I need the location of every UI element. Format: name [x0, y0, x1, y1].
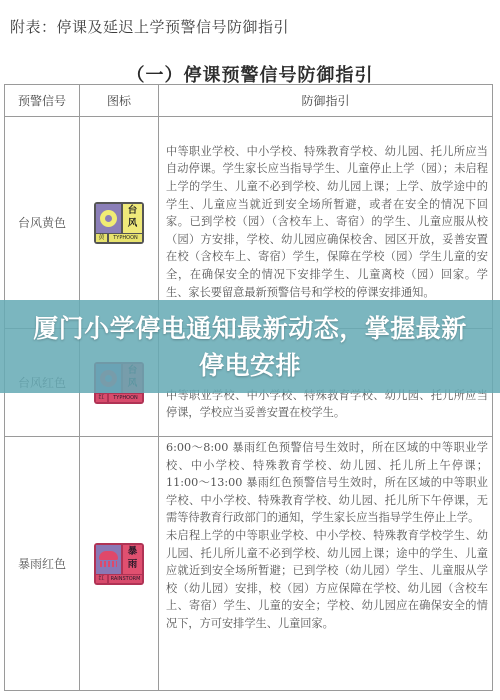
- signal-name: 暴雨红色: [5, 437, 80, 691]
- header-icon: 图标: [80, 85, 159, 117]
- typhoon-yellow-icon: 台风 黄 TYPHOON: [94, 202, 144, 244]
- signal-name: 台风黄色: [5, 117, 80, 329]
- header-guide: 防御指引: [159, 85, 493, 117]
- table-header-row: 预警信号 图标 防御指引: [5, 85, 493, 117]
- table-row: 台风黄色 台风 黄 TYPHOON 中等职业学校、中小学校、特殊教育学校、幼儿园…: [5, 117, 493, 329]
- guide-paragraph: 6:00～8:00 暴雨红色预警信号生效时，所在区域的中等职业学校、中小学校、特…: [166, 439, 488, 527]
- guide-text: 6:00～8:00 暴雨红色预警信号生效时，所在区域的中等职业学校、中小学校、特…: [159, 437, 493, 691]
- document-heading: 附表：停课及延迟上学预警信号防御指引: [10, 16, 289, 37]
- rainstorm-red-icon: 暴雨 红 RAINSTORM: [94, 543, 144, 585]
- guide-text: 中等职业学校、中小学校、特殊教育学校、幼儿园、托儿所应当自动停课。学生家长应当指…: [159, 117, 493, 329]
- table-row: 暴雨红色 暴雨 红 RAINSTORM 6:00～8:00 暴雨红色预警信号生效…: [5, 437, 493, 691]
- article-title: 厦门小学停电通知最新动态，掌握最新停电安排: [30, 310, 470, 384]
- guide-paragraph: 未启程上学的中等职业学校、中小学校、特殊教育学校学生、幼儿园、托儿所儿童不必到学…: [166, 527, 488, 633]
- header-signal: 预警信号: [5, 85, 80, 117]
- title-banner: 厦门小学停电通知最新动态，掌握最新停电安排: [0, 300, 500, 393]
